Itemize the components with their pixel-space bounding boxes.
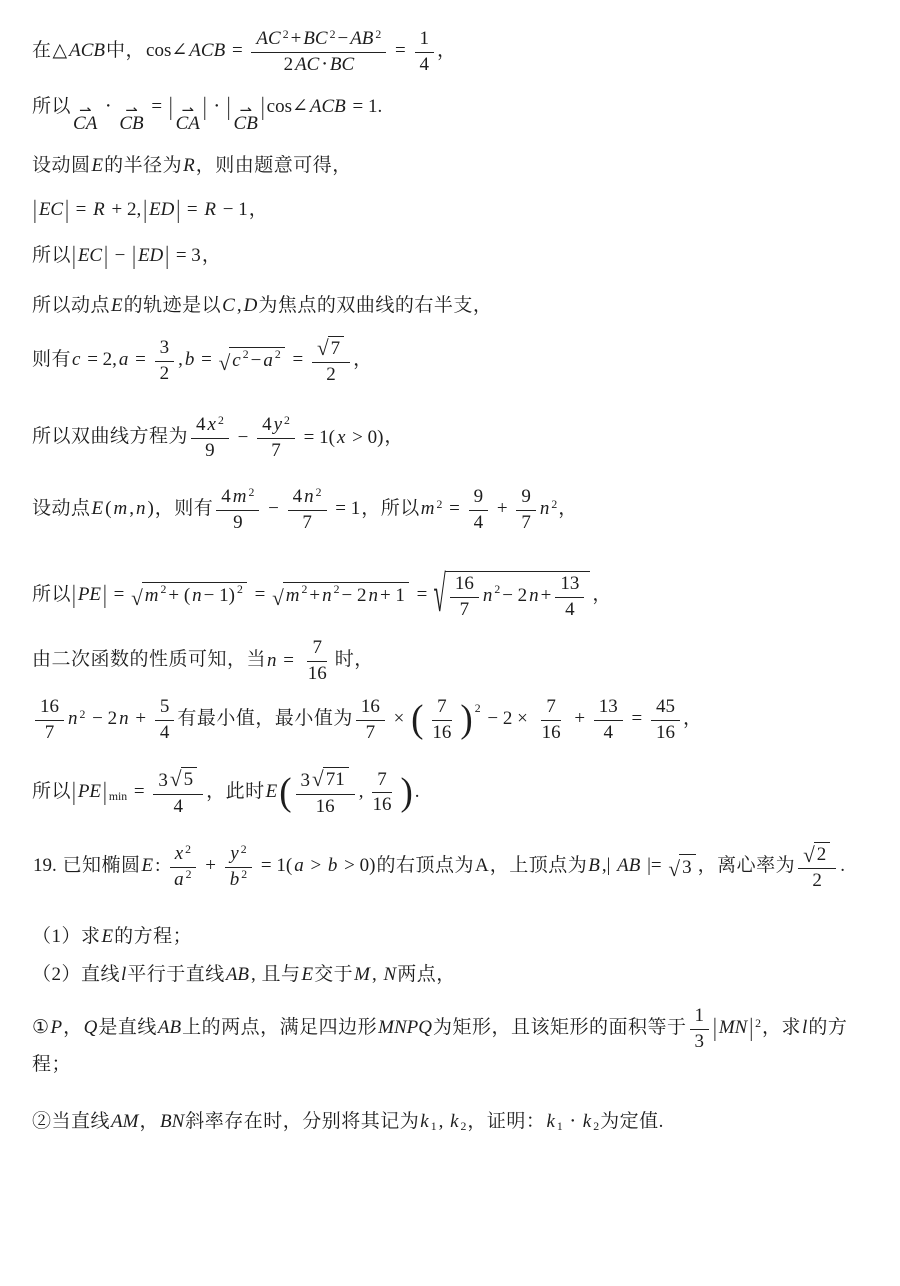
fraction: x2a2 bbox=[169, 843, 196, 891]
denominator: 4 bbox=[560, 598, 580, 621]
math-roman: 7 bbox=[311, 637, 323, 659]
math-variable: m bbox=[232, 486, 248, 508]
abs-bar: | bbox=[143, 194, 147, 227]
math-roman: − 2 × bbox=[482, 708, 534, 729]
numerator: 16 bbox=[356, 696, 385, 721]
math-variable: AM bbox=[110, 1111, 139, 1132]
math-roman: 1 bbox=[419, 28, 431, 50]
numerator: x2 bbox=[170, 843, 196, 868]
text-run: ②当直线 bbox=[32, 1111, 110, 1132]
formula-line-9: 设动点E(m,n)，则有4m29 − 4n27 = 1，所以m2 = 94 + … bbox=[32, 486, 870, 534]
formula-line-5: 所以|EC| − |ED| = 3， bbox=[32, 244, 870, 270]
math-variable: n bbox=[539, 498, 551, 519]
math-variable: B bbox=[587, 855, 601, 876]
fraction: 54 bbox=[155, 696, 175, 744]
abs-bar: | bbox=[103, 776, 107, 809]
text-run: 所以动点 bbox=[32, 295, 110, 316]
math-roman: 4 bbox=[220, 486, 232, 508]
math-roman: cos∠ bbox=[145, 40, 188, 61]
fraction: 32 bbox=[155, 337, 175, 385]
superscript: 2 bbox=[754, 1017, 762, 1030]
math-variable: BN bbox=[159, 1111, 185, 1132]
fraction: √72 bbox=[312, 336, 350, 386]
abs-bar: | bbox=[65, 194, 69, 227]
text-run: ① bbox=[32, 1017, 50, 1038]
math-roman: 16 bbox=[307, 663, 328, 685]
math-roman: , bbox=[250, 964, 262, 985]
text-run: ，证明： bbox=[467, 1111, 545, 1132]
math-roman: 2 bbox=[325, 364, 337, 386]
text-run: 上的两点，满足四边形 bbox=[182, 1017, 377, 1038]
abs-bar: | bbox=[72, 580, 76, 613]
math-roman: = bbox=[411, 584, 433, 605]
math-variable: k bbox=[545, 1111, 555, 1132]
math-roman: = bbox=[626, 708, 648, 729]
math-variable: N bbox=[383, 964, 398, 985]
formula-line-12: 167n2 − 2n + 54有最小值，最小值为167 × (716)2 − 2… bbox=[32, 696, 870, 744]
formula-line-2: 所以⇀CA ⋅ ⇀CB = |⇀CA| ⋅ |⇀CB|cos∠ACB = 1. bbox=[32, 95, 870, 133]
text-run: ，上顶点为 bbox=[490, 855, 588, 876]
vector: ⇀CA bbox=[73, 107, 97, 133]
math-roman: 16 bbox=[371, 794, 392, 816]
denominator: 4 bbox=[469, 511, 489, 534]
abs-bar: | bbox=[33, 194, 37, 227]
fraction: 4y27 bbox=[257, 414, 295, 462]
math-roman: 9 bbox=[204, 440, 216, 462]
math-variable: PE bbox=[77, 781, 102, 802]
math-roman: 4 bbox=[564, 599, 576, 621]
math-roman: ⋅ bbox=[99, 96, 117, 117]
math-variable: m bbox=[285, 584, 301, 609]
math-roman: 3 bbox=[694, 1031, 706, 1053]
square-root: √167n2 − 2n + 134 bbox=[434, 571, 590, 621]
fraction: 14 bbox=[415, 28, 435, 76]
math-roman: = bbox=[287, 349, 309, 370]
text-run: ，所以 bbox=[361, 498, 420, 519]
subscript: min bbox=[108, 790, 128, 803]
math-roman: + bbox=[540, 584, 553, 609]
math-variable: AC bbox=[255, 28, 281, 50]
math-variable: m bbox=[420, 498, 436, 519]
math-roman: . bbox=[839, 855, 846, 876]
math-roman: = bbox=[278, 650, 300, 671]
text-run: 斜率存在时，分别将其记为 bbox=[185, 1111, 419, 1132]
denominator: 4 bbox=[155, 721, 175, 744]
denominator: 9 bbox=[200, 439, 220, 462]
denominator: 7 bbox=[297, 511, 317, 534]
math-roman: 7 bbox=[459, 599, 471, 621]
math-roman: + bbox=[200, 855, 222, 876]
math-variable: n bbox=[303, 486, 315, 508]
math-roman: > 0) bbox=[338, 855, 376, 876]
math-variable: c bbox=[71, 349, 81, 370]
math-roman: − 1 bbox=[217, 199, 249, 220]
math-roman: , bbox=[128, 498, 135, 519]
superscript: 2 bbox=[236, 582, 244, 597]
fraction: 4n27 bbox=[288, 486, 327, 534]
square-root: √m2 + n2 − 2n + 1 bbox=[272, 582, 409, 609]
square-root: √5 bbox=[170, 767, 197, 791]
text-run: 为矩形，且该矩形的面积等于 bbox=[433, 1017, 687, 1038]
abs-bar: | bbox=[203, 91, 207, 124]
superscript: 2 bbox=[274, 347, 282, 362]
radicand: 2 bbox=[814, 842, 831, 866]
math-roman: 2 bbox=[811, 870, 823, 892]
math-variable: D bbox=[243, 295, 259, 316]
math-variable: PE bbox=[77, 584, 102, 605]
numerator: 7 bbox=[541, 696, 561, 721]
math-roman: △ bbox=[52, 40, 69, 61]
math-roman: 3 bbox=[300, 770, 312, 792]
math-roman: 3 bbox=[157, 770, 169, 792]
math-roman: 71 bbox=[325, 769, 346, 791]
superscript: 2 bbox=[79, 708, 87, 721]
vector-name: CB bbox=[234, 114, 258, 133]
math-roman: : bbox=[154, 855, 166, 876]
math-variable: E bbox=[101, 926, 115, 947]
fraction: 3√54 bbox=[153, 767, 203, 818]
text-run: ， bbox=[202, 245, 222, 266]
text-run: ， bbox=[249, 199, 269, 220]
math-roman: 3 bbox=[681, 856, 693, 881]
fraction: 94 bbox=[469, 486, 489, 534]
text-run: ，则由题意可得， bbox=[196, 155, 352, 176]
math-roman: + bbox=[491, 498, 513, 519]
math-roman: + 2, bbox=[106, 199, 142, 220]
big-paren: ( bbox=[279, 774, 291, 811]
radicand: 5 bbox=[181, 767, 198, 791]
math-roman: cos∠ bbox=[266, 96, 309, 117]
math-variable: a bbox=[173, 869, 185, 891]
math-roman: 45 bbox=[655, 696, 676, 718]
math-roman: = bbox=[129, 349, 151, 370]
square-root: √7 bbox=[317, 336, 344, 360]
math-roman: |= bbox=[641, 855, 667, 876]
abs-bar: | bbox=[713, 1013, 717, 1046]
text-run: ，则有 bbox=[155, 498, 214, 519]
math-variable: x bbox=[336, 427, 346, 448]
denominator: 2AC ⋅ BC bbox=[279, 53, 360, 76]
math-roman: = bbox=[70, 199, 92, 220]
text-run: 的半径为 bbox=[104, 155, 182, 176]
math-roman: 4 bbox=[603, 722, 615, 744]
denominator: 7 bbox=[361, 721, 381, 744]
radical-sign-icon: √ bbox=[434, 571, 446, 622]
fraction: 716 bbox=[367, 769, 396, 817]
math-variable: k bbox=[419, 1111, 429, 1132]
math-variable: E bbox=[265, 781, 279, 802]
text-run: 所以双曲线方程为 bbox=[32, 427, 188, 448]
denominator: a2 bbox=[169, 868, 196, 891]
math-roman: 13 bbox=[559, 573, 580, 595]
math-variable: y bbox=[273, 414, 283, 436]
text-run: ， bbox=[683, 708, 703, 729]
text-run: 为定值. bbox=[600, 1111, 664, 1132]
denominator: 2 bbox=[807, 869, 827, 892]
text-run: ， bbox=[353, 349, 373, 370]
math-roman: , bbox=[358, 781, 365, 802]
superscript: 2 bbox=[300, 582, 308, 597]
numerator: 45 bbox=[651, 696, 680, 721]
math-variable: n bbox=[118, 708, 130, 729]
math-roman: = 3 bbox=[170, 245, 202, 266]
math-variable: EC bbox=[38, 199, 64, 220]
numerator: 7 bbox=[307, 637, 327, 662]
superscript: 2 bbox=[240, 843, 248, 857]
math-roman: + bbox=[569, 708, 591, 729]
math-roman: 7 bbox=[330, 338, 342, 360]
math-roman: 16 bbox=[39, 696, 60, 718]
text-run: ， bbox=[437, 40, 457, 61]
text-run: 为焦点的双曲线的右半支， bbox=[258, 295, 492, 316]
radicand: c2 − a2 bbox=[229, 347, 284, 374]
fraction: 97 bbox=[516, 486, 536, 534]
numerator: AC2 + BC2 − AB2 bbox=[251, 28, 386, 53]
abs-bar: | bbox=[176, 194, 180, 227]
math-roman: 16 bbox=[315, 796, 336, 818]
denominator: 3 bbox=[690, 1030, 710, 1053]
fraction: 4m29 bbox=[216, 486, 259, 534]
math-variable: x bbox=[174, 843, 184, 865]
vector: ⇀CB bbox=[119, 107, 143, 133]
superscript: 2 bbox=[333, 582, 341, 597]
numerator: 5 bbox=[155, 696, 175, 721]
math-variable: n bbox=[528, 584, 540, 609]
math-variable: n bbox=[266, 650, 278, 671]
abs-bar: | bbox=[72, 241, 76, 274]
math-roman: 7 bbox=[376, 769, 388, 791]
text-run: ， bbox=[558, 498, 578, 519]
math-variable: AB bbox=[616, 855, 641, 876]
radicand: 3 bbox=[679, 854, 696, 881]
numerator: 7 bbox=[372, 769, 392, 794]
big-paren: ) bbox=[460, 701, 472, 738]
math-variable: MN bbox=[718, 1017, 749, 1038]
denominator: 2 bbox=[321, 363, 341, 386]
problem-19-part-2: （2）直线l平行于直线AB, 且与E交于M, N两点， bbox=[32, 963, 870, 988]
superscript: 2 bbox=[493, 582, 501, 597]
math-roman: = 1 bbox=[330, 498, 362, 519]
math-roman: − bbox=[262, 498, 284, 519]
math-roman: − 2 bbox=[501, 584, 528, 609]
text-run: （2）直线 bbox=[32, 964, 120, 985]
superscript: 2 bbox=[283, 414, 291, 428]
fraction: 4x29 bbox=[191, 414, 229, 462]
math-roman: − 2 bbox=[340, 584, 367, 609]
formula-line-7: 则有c = 2,a = 32,b = √c2 − a2 = √72， bbox=[32, 336, 870, 386]
fraction: 167 bbox=[35, 696, 64, 744]
numerator: 13 bbox=[594, 696, 623, 721]
math-roman: + 1 bbox=[379, 584, 406, 609]
big-paren: ) bbox=[400, 774, 412, 811]
math-variable: R bbox=[203, 199, 217, 220]
math-roman: , bbox=[438, 1111, 450, 1132]
math-roman: − bbox=[109, 245, 131, 266]
numerator: 3√5 bbox=[153, 767, 203, 795]
math-roman: 9 bbox=[520, 486, 532, 508]
abs-bar: | bbox=[72, 776, 76, 809]
math-roman: 7 bbox=[44, 722, 56, 744]
math-variable: AB bbox=[157, 1017, 182, 1038]
math-variable: E bbox=[301, 964, 315, 985]
numerator: y2 bbox=[225, 843, 251, 868]
math-roman: = 1( bbox=[298, 427, 336, 448]
denominator: b2 bbox=[225, 868, 252, 891]
math-variable: E bbox=[141, 855, 155, 876]
fraction: 716 bbox=[303, 637, 332, 685]
math-roman: 2 bbox=[283, 54, 295, 76]
math-variable: a bbox=[262, 349, 274, 374]
math-variable: n bbox=[321, 584, 333, 609]
math-variable: R bbox=[182, 155, 196, 176]
denominator: 4 bbox=[599, 721, 619, 744]
math-variable: ED bbox=[148, 199, 175, 220]
fraction: 134 bbox=[594, 696, 623, 744]
text-run: 已知椭圆 bbox=[63, 855, 141, 876]
fraction: 3√7116 bbox=[296, 767, 355, 818]
numerator: 16 bbox=[450, 573, 479, 598]
abs-bar: | bbox=[169, 91, 173, 124]
math-variable: ACB bbox=[188, 40, 226, 61]
text-run: ， bbox=[592, 584, 612, 605]
math-roman: 9 bbox=[232, 512, 244, 534]
subscript: 2 bbox=[592, 1120, 600, 1133]
math-roman: 7 bbox=[301, 512, 313, 534]
problem-19-part-2-sub-2: ②当直线AM，BN斜率存在时，分别将其记为k1, k2，证明：k1 ⋅ k2为定… bbox=[32, 1110, 870, 1135]
formula-line-11: 由二次函数的性质可知，当n = 716时， bbox=[32, 637, 870, 685]
math-variable: E bbox=[91, 498, 105, 519]
math-variable: ACB bbox=[309, 96, 347, 117]
math-variable: BC bbox=[302, 28, 328, 50]
subscript: 1 bbox=[556, 1120, 564, 1133]
math-roman: 7 bbox=[436, 696, 448, 718]
math-roman: = 1( bbox=[255, 855, 293, 876]
radicand: 167n2 − 2n + 134 bbox=[445, 571, 591, 621]
math-roman: 16 bbox=[655, 722, 676, 744]
formula-line-6: 所以动点E的轨迹是以C,D为焦点的双曲线的右半支， bbox=[32, 294, 870, 319]
math-variable: b bbox=[327, 855, 339, 876]
math-variable: BC bbox=[329, 54, 355, 76]
numerator: 9 bbox=[469, 486, 489, 511]
radicand: 71 bbox=[323, 767, 349, 791]
math-roman: = 1. bbox=[347, 96, 383, 117]
math-variable: P bbox=[50, 1017, 64, 1038]
fraction: 167 bbox=[356, 696, 385, 744]
abs-bar: | bbox=[227, 91, 231, 124]
math-roman: = bbox=[226, 40, 248, 61]
math-roman: = bbox=[389, 40, 411, 61]
formula-line-3: 设动圆E的半径为R，则由题意可得， bbox=[32, 154, 870, 179]
math-roman: > 0) bbox=[346, 427, 384, 448]
math-roman: = bbox=[195, 349, 217, 370]
formula-line-4: |EC| = R + 2,|ED| = R − 1， bbox=[32, 198, 870, 224]
math-variable: E bbox=[110, 295, 124, 316]
text-run: 所以 bbox=[32, 584, 71, 605]
math-roman: ) bbox=[146, 498, 154, 519]
square-root: √c2 − a2 bbox=[219, 347, 285, 374]
superscript: 2 bbox=[374, 28, 382, 42]
abs-bar: | bbox=[165, 241, 169, 274]
math-roman: + ( bbox=[167, 584, 191, 609]
math-variable: M bbox=[353, 964, 371, 985]
superscript: 2 bbox=[159, 582, 167, 597]
text-run: ，离心率为 bbox=[698, 855, 796, 876]
numerator: 7 bbox=[432, 696, 452, 721]
math-roman: 4 bbox=[159, 722, 171, 744]
superscript: 2 bbox=[435, 498, 443, 511]
problem-19-part-1: （1）求E的方程； bbox=[32, 925, 870, 950]
text-run: ，求 bbox=[762, 1017, 801, 1038]
math-variable: AB bbox=[349, 28, 374, 50]
text-run: ， bbox=[384, 427, 404, 448]
superscript: 2 bbox=[315, 486, 323, 500]
numerator: 16 bbox=[35, 696, 64, 721]
vector-name: CA bbox=[73, 114, 97, 133]
text-run: 的方程； bbox=[114, 926, 192, 947]
fraction: 4516 bbox=[651, 696, 680, 744]
math-roman: 7 bbox=[365, 722, 377, 744]
numerator: 4x2 bbox=[191, 414, 229, 439]
text-run: 设动圆 bbox=[32, 155, 91, 176]
math-variable: C bbox=[221, 295, 236, 316]
text-run: ，此时 bbox=[206, 781, 265, 802]
denominator: 7 bbox=[266, 439, 286, 462]
superscript: 2 bbox=[329, 28, 337, 42]
math-variable: R bbox=[92, 199, 106, 220]
numerator: 4m2 bbox=[216, 486, 259, 511]
math-roman: ⋅ bbox=[320, 54, 329, 76]
denominator: 16 bbox=[367, 793, 396, 816]
denominator: 16 bbox=[651, 721, 680, 744]
math-roman: , bbox=[371, 964, 383, 985]
formula-line-1: 在△ACB中，cos∠ACB = AC2 + BC2 − AB22AC ⋅ BC… bbox=[32, 28, 870, 76]
math-roman: 5 bbox=[183, 769, 195, 791]
text-run: ， bbox=[63, 1017, 83, 1038]
math-variable: AC bbox=[294, 54, 320, 76]
radicand: 7 bbox=[328, 336, 345, 360]
numerator: √2 bbox=[798, 842, 836, 869]
fraction: 167 bbox=[450, 573, 479, 621]
denominator: 2 bbox=[155, 362, 175, 385]
math-variable: n bbox=[67, 708, 79, 729]
text-run: 由二次函数的性质可知，当 bbox=[32, 650, 266, 671]
subscript: 2 bbox=[460, 1120, 468, 1133]
square-root: √3 bbox=[668, 854, 695, 881]
numerator: 3√71 bbox=[296, 767, 355, 795]
fraction: AC2 + BC2 − AB22AC ⋅ BC bbox=[251, 28, 386, 76]
math-roman: = bbox=[108, 584, 130, 605]
denominator: 16 bbox=[311, 795, 340, 818]
math-roman: A bbox=[474, 855, 490, 876]
text-run: 交于 bbox=[314, 964, 353, 985]
math-roman: ,| bbox=[601, 855, 616, 876]
abs-bar: | bbox=[103, 580, 107, 613]
math-roman: − 1) bbox=[203, 584, 236, 609]
text-run: 中， bbox=[106, 40, 145, 61]
math-variable: y bbox=[229, 843, 239, 865]
superscript: 2 bbox=[242, 347, 250, 362]
text-run: 平行于直线 bbox=[127, 964, 225, 985]
math-roman: 19. bbox=[32, 855, 63, 876]
text-run: 设动点 bbox=[32, 498, 91, 519]
fraction: √22 bbox=[798, 842, 836, 892]
math-roman: , bbox=[236, 295, 243, 316]
math-roman: − bbox=[336, 28, 349, 50]
fraction: 716 bbox=[427, 696, 456, 744]
math-variable: b bbox=[229, 869, 241, 891]
math-roman: = bbox=[181, 199, 203, 220]
fraction: 13 bbox=[690, 1005, 710, 1053]
